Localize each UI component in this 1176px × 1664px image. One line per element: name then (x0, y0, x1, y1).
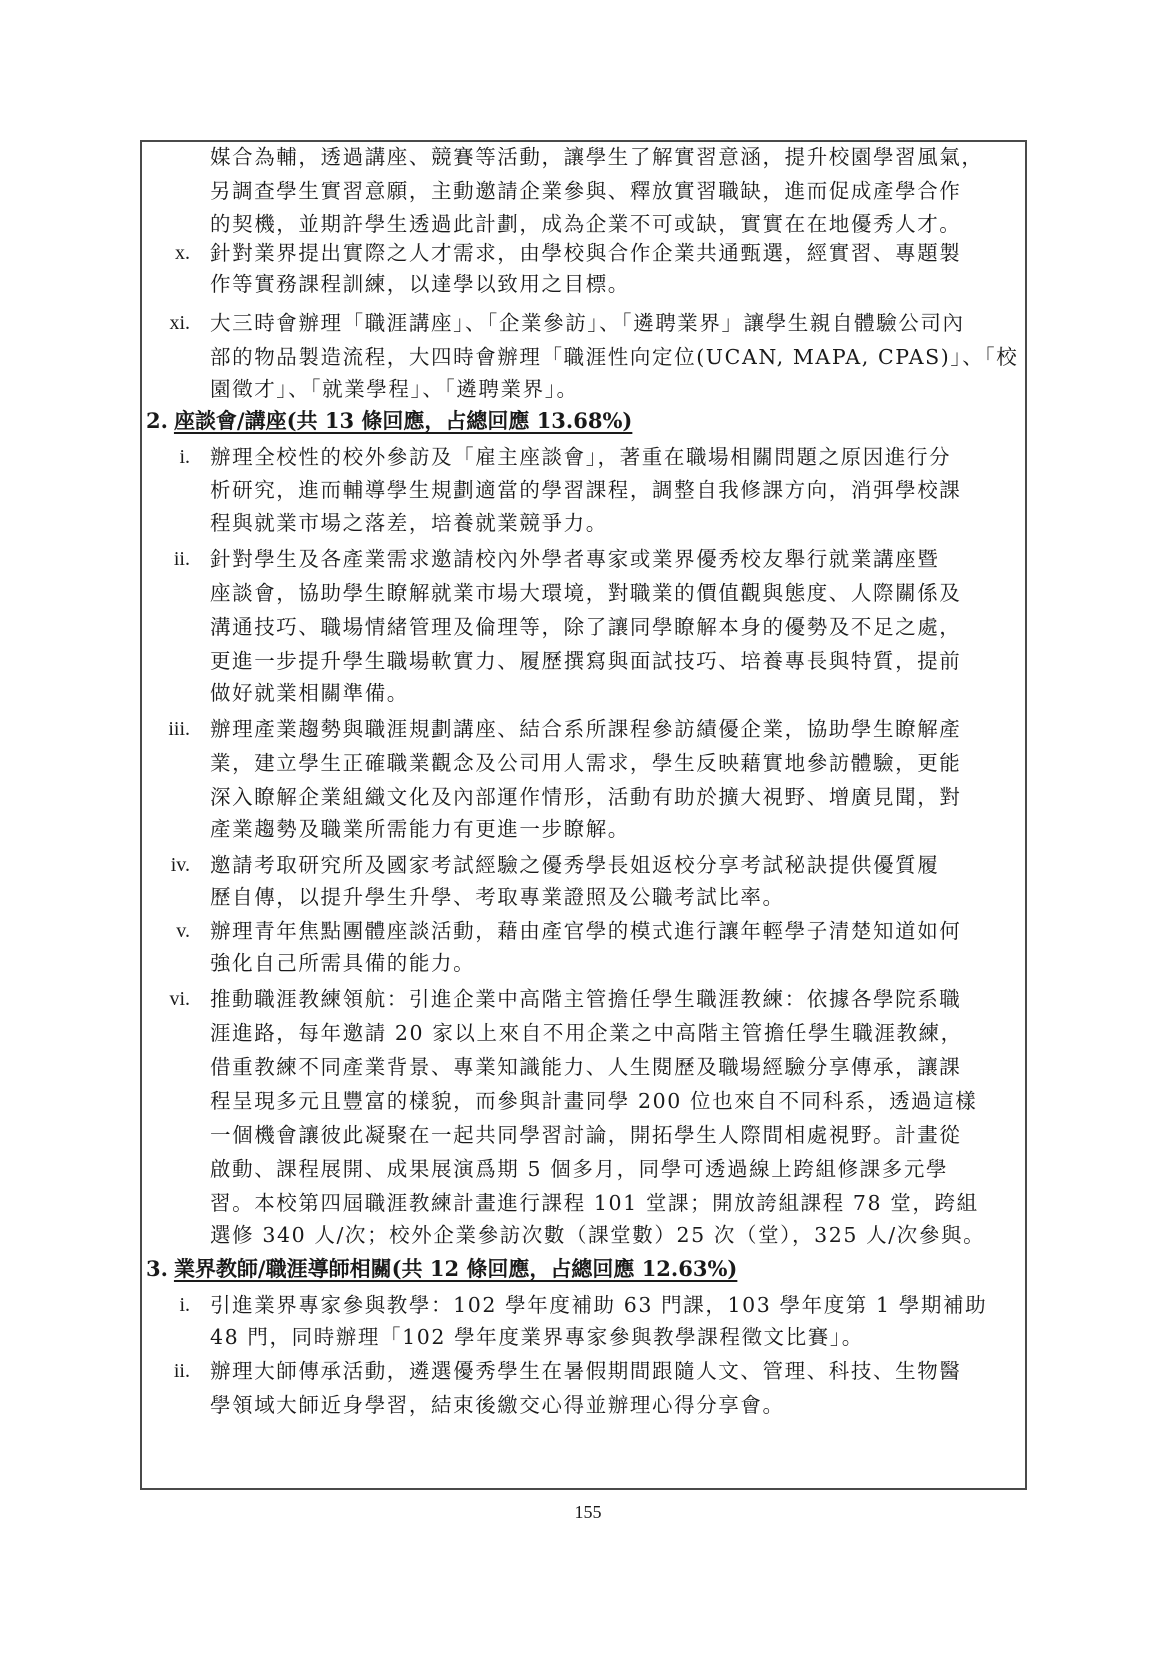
text-line: 辦理大師傳承活動，遴選優秀學生在暑假期間跟隨人文、管理、科技、生物醫 (210, 1354, 961, 1388)
text-line: 借重教練不同產業背景、專業知識能力、人生閱歷及職場經驗分享傳承，讓課 (210, 1050, 961, 1084)
text-line: 邀請考取研究所及國家考試經驗之優秀學長姐返校分享考試秘訣提供優質履 (210, 848, 939, 882)
text-line: 歷自傳，以提升學生升學、考取專業證照及公職考試比率。 (210, 880, 785, 914)
list-marker: i. (150, 1288, 190, 1322)
text-line: 針對業界提出實際之人才需求，由學校與合作企業共通甄選，經實習、專題製 (210, 236, 961, 270)
section-number: 2. (146, 408, 168, 433)
list-marker: x. (150, 236, 190, 270)
list-marker: xi. (150, 306, 190, 340)
text-line: 部的物品製造流程，大四時會辦理「職涯性向定位(UCAN, MAPA, CPAS)… (210, 340, 1018, 374)
text-line: 更進一步提升學生職場軟實力、履歷撰寫與面試技巧、培養專長與特質，提前 (210, 644, 961, 678)
text-line: 涯進路，每年邀請 20 家以上來自不用企業之中高階主管擔任學生職涯教練， (210, 1016, 963, 1050)
text-line: 程與就業市場之落差，培養就業競爭力。 (210, 506, 608, 540)
text-line: 啟動、課程展開、成果展演爲期 5 個多月，同學可透過線上跨組修課多元學 (210, 1152, 948, 1186)
section-title: 業界教師/職涯導師相關(共 12 條回應，占總回應 12.63%) (174, 1256, 737, 1281)
text-line: 程呈現多元且豐富的樣貌，而參與計畫同學 200 位也來自不同科系，透過這樣 (210, 1084, 977, 1118)
text-line: 辦理青年焦點團體座談活動，藉由產官學的模式進行讓年輕學子清楚知道如何 (210, 914, 961, 948)
text-line: 媒合為輔，透過講座、競賽等活動，讓學生了解實習意涵，提升校園學習風氣， (210, 140, 984, 174)
section-title: 座談會/講座(共 13 條回應，占總回應 13.68%) (174, 408, 632, 433)
text-line: 習。本校第四屆職涯教練計畫進行課程 101 堂課；開放誇組課程 78 堂，跨組 (210, 1186, 979, 1220)
text-line: 一個機會讓彼此凝聚在一起共同學習討論，開拓學生人際間相處視野。計畫從 (210, 1118, 961, 1152)
page-number: 155 (0, 1502, 1176, 1523)
text-line: 座談會，協助學生瞭解就業市場大環境，對職業的價值觀與態度、人際關係及 (210, 576, 961, 610)
list-marker: ii. (150, 542, 190, 576)
text-line: 深入瞭解企業組織文化及內部運作情形，活動有助於擴大視野、增廣見聞，對 (210, 780, 961, 814)
list-marker: vi. (150, 982, 190, 1016)
text-line: 強化自己所需具備的能力。 (210, 946, 475, 980)
list-marker: iv. (150, 848, 190, 882)
text-line: 溝通技巧、職場情緒管理及倫理等，除了讓同學瞭解本身的優勢及不足之處， (210, 610, 961, 644)
text-line: 園徵才」、「就業學程」、「遴聘業界」。 (210, 372, 579, 406)
text-line: 學領域大師近身學習，結束後繳交心得並辦理心得分享會。 (210, 1388, 785, 1422)
text-line: 做好就業相關準備。 (210, 676, 409, 710)
text-line: 48 門，同時辦理「102 學年度業界專家參與教學課程徵文比賽」。 (210, 1320, 864, 1354)
list-marker: ii. (150, 1354, 190, 1388)
list-marker: iii. (150, 712, 190, 746)
text-line: 產業趨勢及職業所需能力有更進一步瞭解。 (210, 812, 630, 846)
text-line: 辦理產業趨勢與職涯規劃講座、結合系所課程參訪績優企業，協助學生瞭解產 (210, 712, 961, 746)
section-number: 3. (146, 1256, 168, 1281)
text-line: 另調查學生實習意願，主動邀請企業參與、釋放實習職缺，進而促成產學合作 (210, 174, 961, 208)
text-line: 析研究，進而輔導學生規劃適當的學習課程，調整自我修課方向，消弭學校課 (210, 473, 961, 507)
text-line: 引進業界專家參與教學：102 學年度補助 63 門課，103 學年度第 1 學期… (210, 1288, 987, 1322)
text-line: 作等實務課程訓練，以達學以致用之目標。 (210, 267, 630, 301)
text-line: 推動職涯教練領航：引進企業中高階主管擔任學生職涯教練：依據各學院系職 (210, 982, 961, 1016)
section-3-heading: 3.業界教師/職涯導師相關(共 12 條回應，占總回應 12.63%) (146, 1252, 737, 1286)
list-marker: v. (150, 914, 190, 948)
list-marker: i. (150, 440, 190, 474)
text-line: 針對學生及各產業需求邀請校內外學者專家或業界優秀校友舉行就業講座暨 (210, 542, 939, 576)
text-line: 選修 340 人/次；校外企業參訪次數（課堂數）25 次（堂），325 人/次參… (210, 1218, 985, 1252)
text-line: 大三時會辦理「職涯講座」、「企業參訪」、「遴聘業界」讓學生親自體驗公司內 (210, 306, 965, 340)
text-line: 業，建立學生正確職業觀念及公司用人需求，學生反映藉實地參訪體驗，更能 (210, 746, 961, 780)
section-2-heading: 2.座談會/講座(共 13 條回應，占總回應 13.68%) (146, 404, 632, 438)
text-line: 辦理全校性的校外參訪及「雇主座談會」，著重在職場相關問題之原因進行分 (210, 440, 951, 474)
